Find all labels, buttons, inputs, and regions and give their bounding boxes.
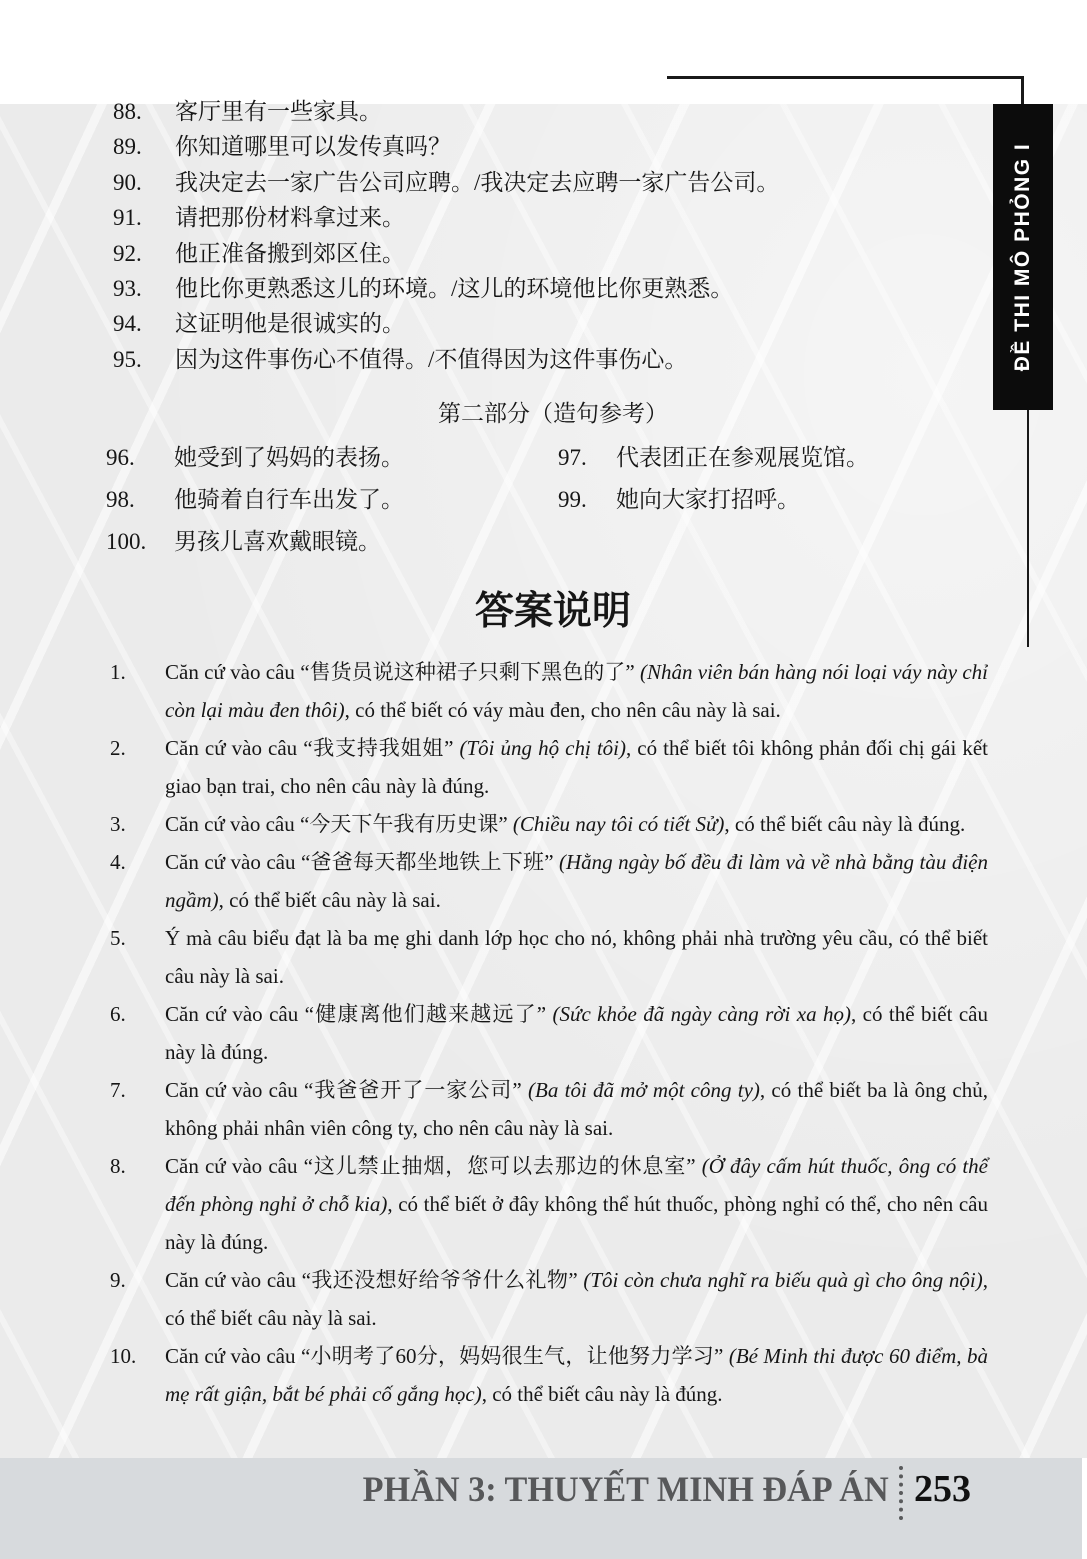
answer-text: Căn cứ vào câu “我爸爸开了一家公司” (Ba tôi đã mở…	[165, 1071, 988, 1147]
answer-text: Căn cứ vào câu “我还没想好给爷爷什么礼物” (Tôi còn c…	[165, 1261, 988, 1337]
sentence-text: 因为这件事伤心不值得。/不值得因为这件事伤心。	[175, 342, 687, 377]
explanation-text: Căn cứ vào câu	[165, 812, 300, 836]
answer-item: 5.Ý mà câu biểu đạt là ba mẹ ghi danh lớ…	[110, 919, 988, 995]
sentence-item: 91.请把那份材料拿过来。	[113, 200, 1013, 235]
sentence-number: 97.	[558, 442, 616, 474]
explanation-text: Căn cứ vào câu	[165, 1344, 301, 1368]
sentence-number: 95.	[113, 342, 175, 377]
answer-number: 6.	[110, 995, 165, 1071]
sentence-number: 88.	[113, 94, 175, 129]
answer-number: 2.	[110, 729, 165, 805]
sentence-text: 代表团正在参观展览馆。	[616, 442, 869, 474]
sentence-item: 94.这证明他是很诚实的。	[113, 306, 1013, 341]
answer-number: 1.	[110, 653, 165, 729]
sentence-text: 她受到了妈妈的表扬。	[174, 442, 404, 474]
explanation-text: Căn cứ vào câu	[165, 660, 300, 684]
explanation-text: , có thể biết câu này là đúng.	[482, 1382, 723, 1406]
sentence-text: 男孩儿喜欢戴眼镜。	[174, 526, 381, 558]
answer-text: Căn cứ vào câu “小明考了60分，妈妈很生气，让他努力学习” (B…	[165, 1337, 988, 1413]
answer-number: 9.	[110, 1261, 165, 1337]
sentence-item: 100.男孩儿喜欢戴眼镜。	[106, 526, 381, 558]
sentence-row: 96.她受到了妈妈的表扬。97.代表团正在参观展览馆。	[106, 442, 1036, 484]
explanation-text: Căn cứ vào câu	[165, 1002, 305, 1026]
answer-item: 8.Căn cứ vào câu “这儿禁止抽烟，您可以去那边的休息室” (Ở …	[110, 1147, 988, 1261]
sentence-grid-part2: 96.她受到了妈妈的表扬。97.代表团正在参观展览馆。98.他骑着自行车出发了。…	[106, 442, 1036, 568]
sentence-number: 100.	[106, 526, 174, 558]
sentence-item: 99.她向大家打招呼。	[558, 484, 800, 516]
answer-item: 2.Căn cứ vào câu “我支持我姐姐” (Tôi ủng hộ ch…	[110, 729, 988, 805]
vietnamese-translation: (Tôi ủng hộ chị tôi)	[453, 736, 626, 760]
answer-number: 3.	[110, 805, 165, 843]
explanation-text: , có thể biết câu này là sai.	[219, 888, 441, 912]
part2-heading: 第二部分（造句参考）	[0, 399, 1087, 429]
sentence-number: 91.	[113, 200, 175, 235]
chinese-quote: “今天下午我有历史课”	[300, 812, 508, 836]
sentence-number: 90.	[113, 165, 175, 200]
answer-item: 6.Căn cứ vào câu “健康离他们越来越远了” (Sức khỏe …	[110, 995, 988, 1071]
answer-item: 3.Căn cứ vào câu “今天下午我有历史课” (Chiều nay …	[110, 805, 988, 843]
explanation-text: , có thể biết có váy màu đen, cho nên câ…	[345, 698, 781, 722]
explanation-text: , có thể biết câu này là đúng.	[724, 812, 965, 836]
vietnamese-translation: (Ba tôi đã mở một công ty)	[522, 1078, 760, 1102]
sentence-text: 客厅里有一些家具。	[175, 94, 382, 129]
answer-number: 4.	[110, 843, 165, 919]
answer-item: 1.Căn cứ vào câu “售货员说这种裙子只剩下黑色的了” (Nhân…	[110, 653, 988, 729]
answer-item: 10.Căn cứ vào câu “小明考了60分，妈妈很生气，让他努力学习”…	[110, 1337, 988, 1413]
vietnamese-translation: (Tôi còn chưa nghĩ ra biếu quà gì cho ôn…	[578, 1268, 983, 1292]
sentence-number: 96.	[106, 442, 174, 474]
answer-text: Căn cứ vào câu “爸爸每天都坐地铁上下班” (Hằng ngày …	[165, 843, 988, 919]
sentence-text: 请把那份材料拿过来。	[175, 200, 405, 235]
chinese-quote: “售货员说这种裙子只剩下黑色的了”	[300, 660, 634, 684]
answers-heading: 答案说明	[0, 586, 1087, 638]
sentence-number: 93.	[113, 271, 175, 306]
footer-section-title: PHẦN 3: THUYẾT MINH ĐÁP ÁN	[363, 1464, 889, 1514]
sentence-item: 88.客厅里有一些家具。	[113, 94, 1013, 129]
answer-item: 7.Căn cứ vào câu “我爸爸开了一家公司” (Ba tôi đã …	[110, 1071, 988, 1147]
sentence-item: 97.代表团正在参观展览馆。	[558, 442, 869, 474]
chinese-quote: “这儿禁止抽烟，您可以去那边的休息室”	[304, 1154, 696, 1178]
explanation-text: Ý mà câu biểu đạt là ba mẹ ghi danh lớp …	[165, 926, 988, 988]
sentence-item: 95.因为这件事伤心不值得。/不值得因为这件事伤心。	[113, 342, 1013, 377]
sentence-text: 他骑着自行车出发了。	[174, 484, 404, 516]
sentence-number: 94.	[113, 306, 175, 341]
sentence-list-part1: 88.客厅里有一些家具。89.你知道哪里可以发传真吗？90.我决定去一家广告公司…	[113, 94, 1013, 377]
sentence-number: 98.	[106, 484, 174, 516]
sentence-number: 99.	[558, 484, 616, 516]
answer-text: Căn cứ vào câu “我支持我姐姐” (Tôi ủng hộ chị …	[165, 729, 988, 805]
vietnamese-translation: (Sức khỏe đã ngày càng rời xa họ)	[546, 1002, 851, 1026]
sentence-item: 92.他正准备搬到郊区住。	[113, 236, 1013, 271]
sentence-text: 他比你更熟悉这儿的环境。/这儿的环境他比你更熟悉。	[175, 271, 733, 306]
chinese-quote: “我爸爸开了一家公司”	[304, 1078, 522, 1102]
sentence-item: 96.她受到了妈妈的表扬。	[106, 442, 404, 474]
sentence-number: 89.	[113, 129, 175, 164]
sentence-number: 92.	[113, 236, 175, 271]
footer-band: PHẦN 3: THUYẾT MINH ĐÁP ÁN 253	[0, 1458, 1082, 1559]
footer-divider	[899, 1466, 903, 1520]
sentence-text: 这证明他是很诚实的。	[175, 306, 405, 341]
chinese-quote: “健康离他们越来越远了”	[305, 1002, 546, 1026]
answer-item: 9.Căn cứ vào câu “我还没想好给爷爷什么礼物” (Tôi còn…	[110, 1261, 988, 1337]
sentence-item: 98.他骑着自行车出发了。	[106, 484, 404, 516]
answer-number: 7.	[110, 1071, 165, 1147]
answer-text: Căn cứ vào câu “售货员说这种裙子只剩下黑色的了” (Nhân v…	[165, 653, 988, 729]
explanation-text: Căn cứ vào câu	[165, 850, 301, 874]
answer-text: Căn cứ vào câu “健康离他们越来越远了” (Sức khỏe đã…	[165, 995, 988, 1071]
chinese-quote: “我还没想好给爷爷什么礼物”	[302, 1268, 578, 1292]
sentence-text: 他正准备搬到郊区住。	[175, 236, 405, 271]
sentence-text: 你知道哪里可以发传真吗？	[175, 129, 451, 164]
answers-list: 1.Căn cứ vào câu “售货员说这种裙子只剩下黑色的了” (Nhân…	[110, 653, 988, 1413]
answer-item: 4.Căn cứ vào câu “爸爸每天都坐地铁上下班” (Hằng ngà…	[110, 843, 988, 919]
explanation-text: Căn cứ vào câu	[165, 736, 303, 760]
chinese-quote: “小明考了60分，妈妈很生气，让他努力学习”	[301, 1344, 723, 1368]
explanation-text: Căn cứ vào câu	[165, 1078, 304, 1102]
sentence-item: 89.你知道哪里可以发传真吗？	[113, 129, 1013, 164]
chinese-quote: “爸爸每天都坐地铁上下班”	[301, 850, 554, 874]
sentence-item: 93.他比你更熟悉这儿的环境。/这儿的环境他比你更熟悉。	[113, 271, 1013, 306]
answer-text: Căn cứ vào câu “今天下午我有历史课” (Chiều nay tô…	[165, 805, 988, 843]
sentence-row: 100.男孩儿喜欢戴眼镜。	[106, 526, 1036, 568]
header-rule	[667, 76, 1024, 79]
sentence-text: 我决定去一家广告公司应聘。/我决定去应聘一家广告公司。	[175, 165, 779, 200]
vietnamese-translation: (Chiều nay tôi có tiết Sử)	[508, 812, 725, 836]
explanation-text: Căn cứ vào câu	[165, 1154, 304, 1178]
answer-text: Căn cứ vào câu “这儿禁止抽烟，您可以去那边的休息室” (Ở đâ…	[165, 1147, 988, 1261]
page-number: 253	[914, 1464, 971, 1514]
answer-number: 5.	[110, 919, 165, 995]
answer-text: Ý mà câu biểu đạt là ba mẹ ghi danh lớp …	[165, 919, 988, 995]
chinese-quote: “我支持我姐姐”	[303, 736, 453, 760]
sentence-text: 她向大家打招呼。	[616, 484, 800, 516]
explanation-text: Căn cứ vào câu	[165, 1268, 302, 1292]
sentence-item: 90.我决定去一家广告公司应聘。/我决定去应聘一家广告公司。	[113, 165, 1013, 200]
answer-number: 8.	[110, 1147, 165, 1261]
answer-number: 10.	[110, 1337, 165, 1413]
sentence-row: 98.他骑着自行车出发了。99.她向大家打招呼。	[106, 484, 1036, 526]
